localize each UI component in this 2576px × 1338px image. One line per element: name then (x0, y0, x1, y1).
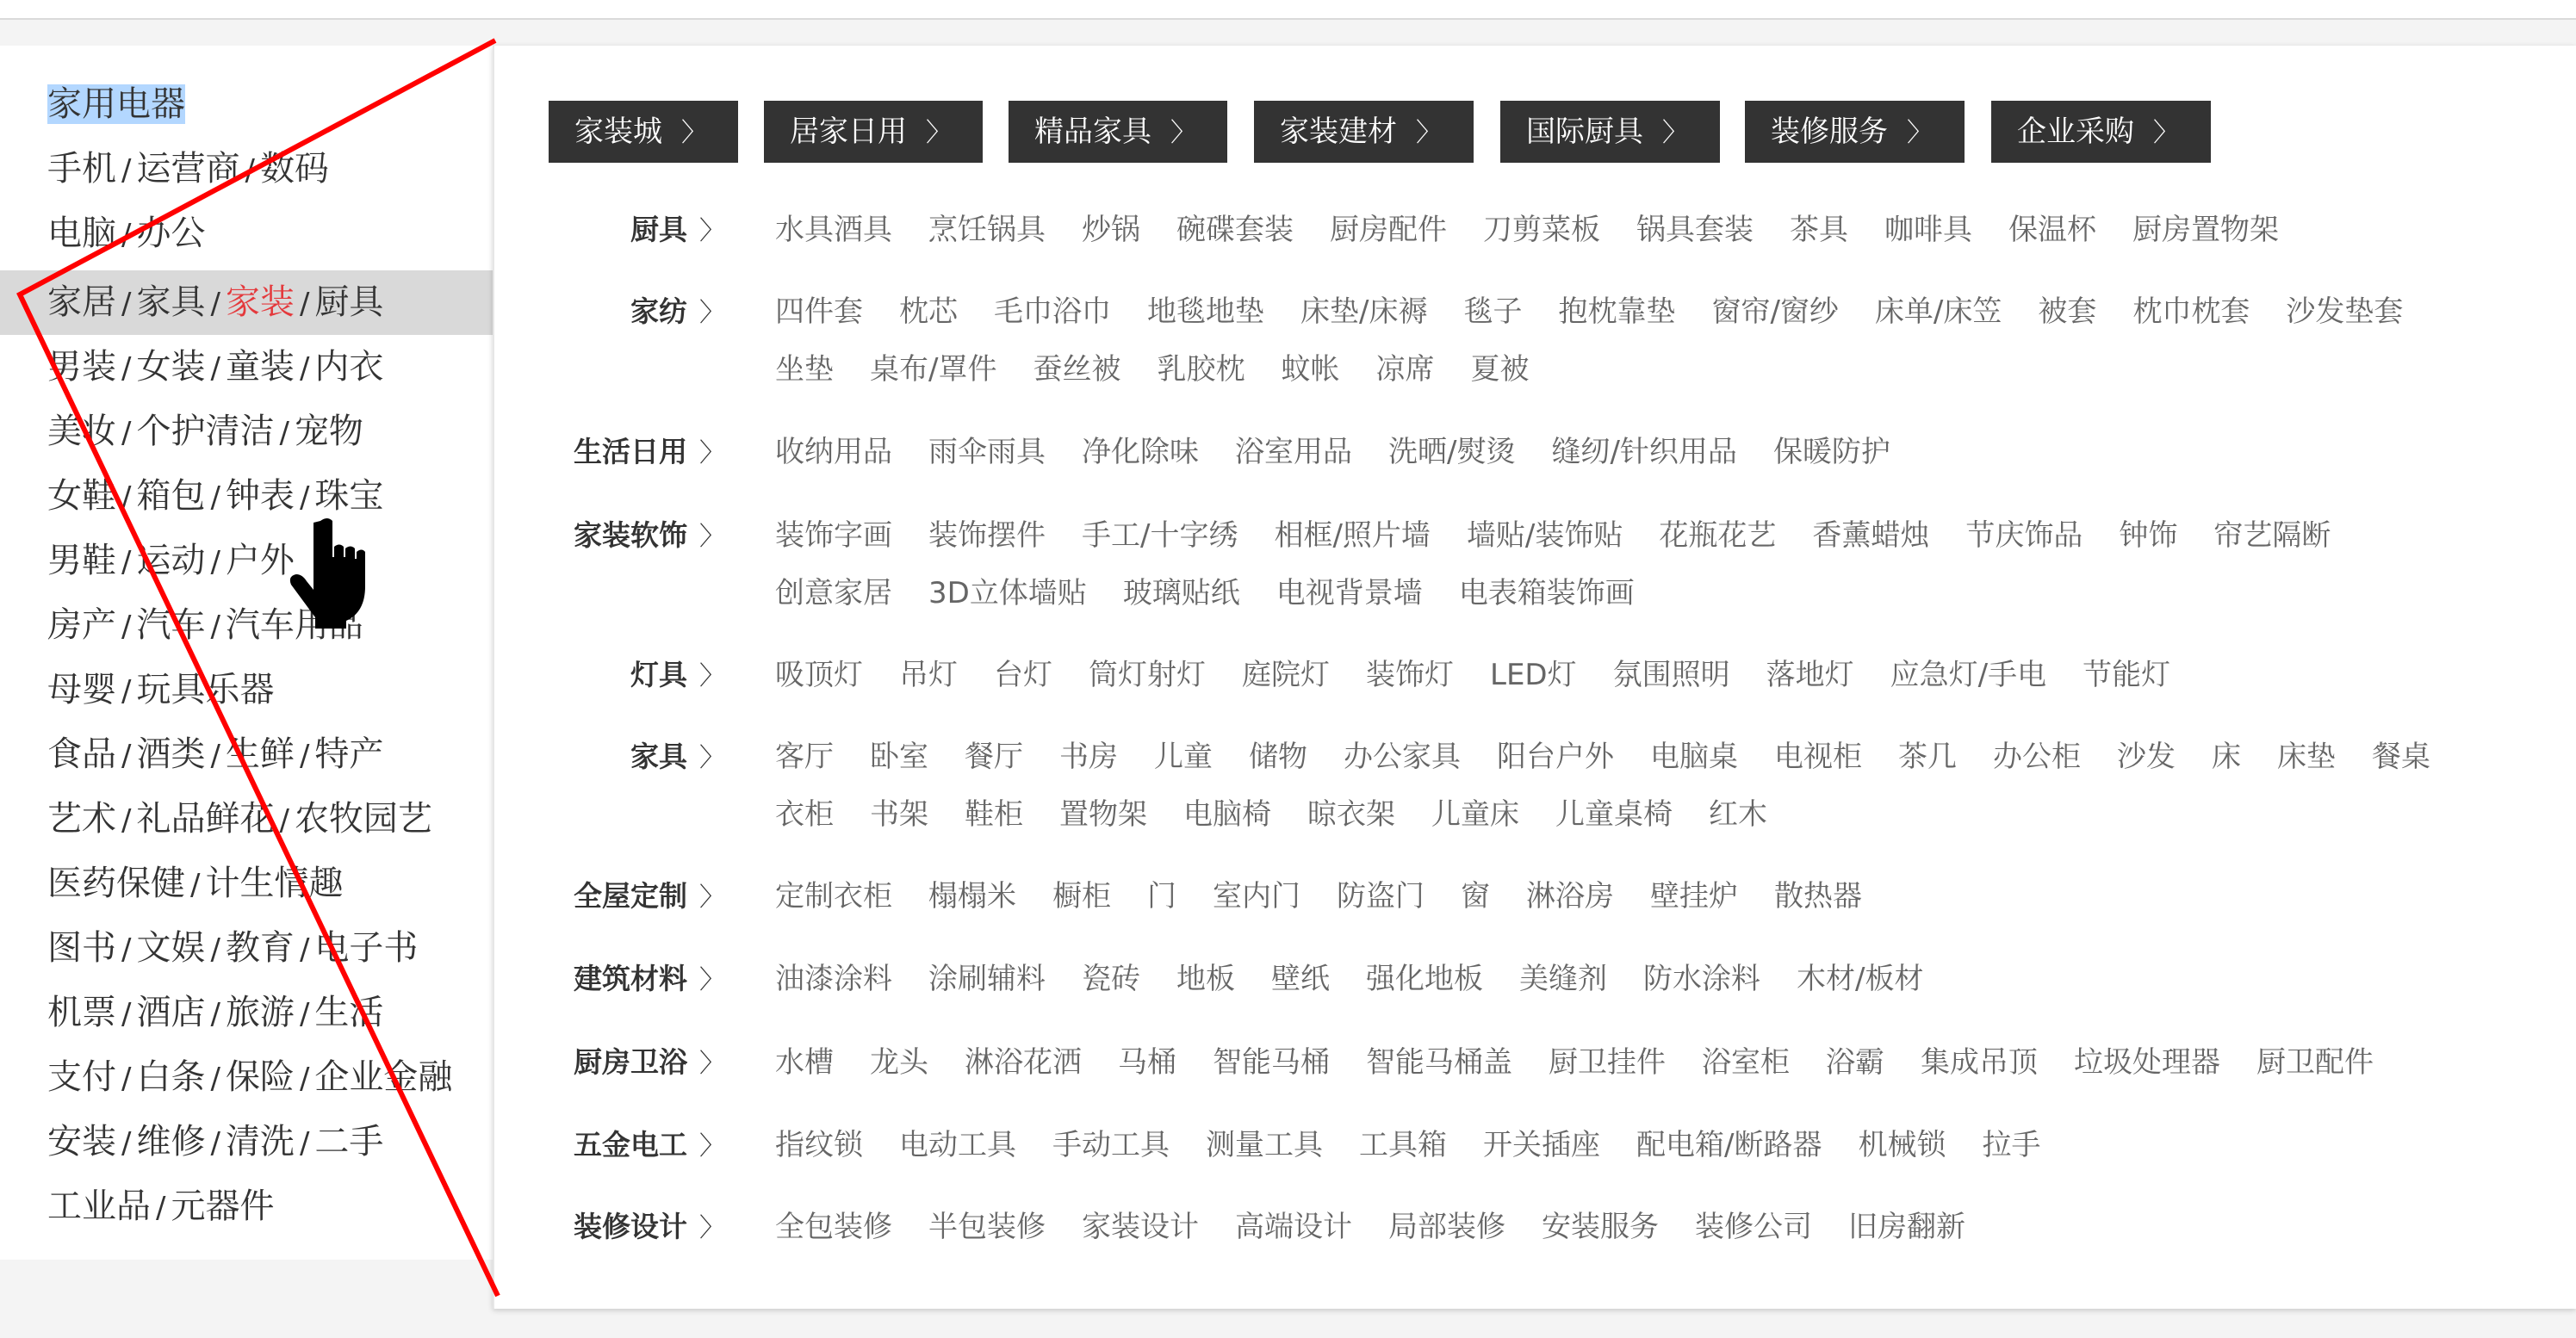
sidebar-link[interactable]: 元器件 (171, 1186, 274, 1226)
sidebar-link[interactable]: 家用电器 (47, 84, 185, 124)
chevron-right-icon: 〉 (699, 883, 725, 913)
separator: / (116, 1062, 136, 1096)
sidebar-link[interactable]: 计生情趣 (205, 864, 343, 903)
chevron-right-icon: 〉 (699, 1049, 725, 1079)
separator: / (185, 868, 205, 902)
subcategory-link[interactable]: 客厅 (775, 740, 834, 774)
sidebar-link[interactable]: 家居 (47, 282, 116, 322)
subcategory-link[interactable]: 红木 (1709, 797, 1767, 832)
subcategory-link[interactable]: 台灯 (994, 658, 1052, 692)
separator: / (295, 1126, 314, 1161)
category-label[interactable]: 生活日用〉 (494, 424, 725, 480)
subcategory-link[interactable]: 电脑桌 (1650, 740, 1738, 774)
sidebar-link[interactable]: 户外 (226, 541, 295, 580)
subcategory-link[interactable]: 烹饪锅具 (928, 213, 1046, 247)
category-label[interactable]: 厨具〉 (494, 201, 725, 258)
sidebar-link[interactable]: 箱包 (136, 476, 205, 516)
sidebar-link[interactable]: 运营商 (136, 149, 239, 189)
separator: / (295, 1062, 314, 1096)
subcategory-link[interactable]: 应急灯/手电 (1890, 658, 2046, 692)
category-label[interactable]: 灯具〉 (494, 647, 725, 703)
subcategory-link[interactable]: 油漆涂料 (775, 962, 892, 996)
subcategory-link[interactable]: 电表箱装饰画 (1459, 576, 1635, 610)
subcategory-link[interactable]: 开关插座 (1483, 1128, 1600, 1162)
sidebar-item[interactable]: 食品/酒类/生鲜/特产 (0, 722, 493, 787)
separator: / (295, 739, 314, 773)
sidebar-item[interactable]: 男鞋/运动/户外 (0, 529, 493, 593)
sidebar-link[interactable]: 数码 (260, 149, 329, 189)
subcategory-link[interactable]: 电视柜 (1774, 740, 1862, 774)
subcategory-link[interactable]: 室内门 (1213, 879, 1300, 914)
category-label-text: 灯具 (630, 658, 687, 691)
sidebar-link[interactable]: 旅游 (226, 993, 295, 1032)
subcategory-link[interactable]: 氛围照明 (1613, 658, 1730, 692)
separator: / (295, 287, 314, 321)
subcategory-link[interactable]: 手动工具 (1052, 1128, 1170, 1162)
subcategory-link[interactable]: 美缝剂 (1519, 962, 1607, 996)
subcategory-link[interactable]: 置物架 (1059, 797, 1147, 832)
sidebar-link[interactable]: 钟表 (226, 476, 295, 516)
subcategory-link[interactable]: 枕芯 (899, 294, 958, 329)
category-label[interactable]: 家装软饰〉 (494, 507, 725, 564)
sidebar-item[interactable]: 电脑/办公 (0, 201, 493, 266)
subcategory-link[interactable]: 壁挂炉 (1650, 879, 1738, 914)
subcategory-link[interactable]: 半包装修 (928, 1210, 1046, 1244)
chevron-right-icon: 〉 (926, 118, 952, 148)
separator: / (295, 351, 314, 386)
sidebar-item[interactable]: 艺术/礼品鲜花/农牧园艺 (0, 787, 493, 852)
subcategory-link[interactable]: 儿童 (1154, 740, 1213, 774)
sidebar-link[interactable]: 艺术 (47, 799, 116, 839)
sidebar-link[interactable]: 特产 (314, 734, 383, 774)
separator: / (205, 739, 225, 773)
sidebar-link[interactable]: 酒店 (136, 993, 205, 1032)
sidebar-link[interactable]: 医药保健 (47, 864, 185, 903)
chevron-right-icon: 〉 (1170, 118, 1196, 148)
subcategory-link[interactable]: 床垫 (2277, 740, 2336, 774)
subcategory-link[interactable]: 储物 (1249, 740, 1307, 774)
sidebar-item[interactable]: 手机/运营商/数码 (0, 137, 493, 201)
sidebar-item[interactable]: 房产/汽车/汽车用品 (0, 593, 493, 658)
subcategory-link[interactable]: 床单/床笠 (1875, 294, 2002, 329)
sidebar-item[interactable]: 支付/白条/保险/企业金融 (0, 1045, 493, 1110)
category-label-text: 五金电工 (574, 1128, 687, 1161)
subcategory-link[interactable]: 水具酒具 (775, 213, 892, 247)
subcategory-link[interactable]: 保温杯 (2008, 213, 2096, 247)
subcategory-link[interactable]: 落地灯 (1766, 658, 1854, 692)
category-label[interactable]: 全屋定制〉 (494, 868, 725, 925)
category-label[interactable]: 家纺〉 (494, 283, 725, 340)
sidebar-link[interactable]: 个护清洁 (136, 412, 274, 451)
subcategory-link[interactable]: 炒锅 (1082, 213, 1140, 247)
sidebar-link[interactable]: 手机 (47, 149, 116, 189)
category-label-text: 装修设计 (574, 1210, 687, 1243)
category-label[interactable]: 厨房卫浴〉 (494, 1034, 725, 1091)
chevron-right-icon: 〉 (1416, 118, 1442, 148)
channel-label: 家装城 (574, 115, 662, 149)
subcategory-link[interactable]: 厨卫挂件 (1549, 1045, 1666, 1080)
separator: / (274, 416, 294, 450)
subcategory-link[interactable]: 四件套 (775, 294, 863, 329)
category-label-text: 厨房卫浴 (574, 1045, 687, 1079)
subcategory-link[interactable]: 毛巾浴巾 (994, 294, 1111, 329)
chevron-right-icon: 〉 (699, 1213, 725, 1243)
separator: / (205, 1126, 225, 1161)
separator: / (116, 674, 136, 709)
sidebar-item[interactable]: 家用电器 (0, 72, 493, 137)
subcategory-link[interactable]: 门 (1147, 879, 1176, 914)
subcategory-link[interactable]: 墙贴/装饰贴 (1467, 518, 1623, 553)
subcategory-link[interactable]: 帘艺隔断 (2213, 518, 2331, 553)
sidebar-link[interactable]: 男鞋 (47, 541, 116, 580)
subcategory-link[interactable]: 蚊帐 (1281, 352, 1339, 387)
subcategory-link[interactable]: 智能马桶 (1213, 1045, 1330, 1080)
separator: / (295, 480, 314, 515)
sidebar-link[interactable]: 美妆 (47, 412, 116, 451)
subcategory-link[interactable]: 拉手 (1982, 1128, 2040, 1162)
sidebar-item[interactable]: 工业品/元器件 (0, 1174, 493, 1239)
sidebar-item[interactable]: 家居/家具/家装/厨具 (0, 270, 493, 335)
subcategory-link[interactable]: 吸顶灯 (775, 658, 863, 692)
subcategory-link[interactable]: 保暖防护 (1773, 435, 1890, 469)
subcategory-link[interactable]: 工具箱 (1359, 1128, 1447, 1162)
sidebar-link[interactable]: 安装 (47, 1122, 116, 1161)
subcategory-link[interactable]: 3D立体墙贴 (928, 576, 1087, 610)
category-label-text: 厨具 (630, 213, 687, 246)
subcategory-link[interactable]: 办公柜 (1993, 740, 2081, 774)
subcategory-link[interactable]: 餐桌 (2372, 740, 2430, 774)
sidebar-link[interactable]: 电子书 (314, 928, 418, 968)
category-sidebar: 家用电器手机/运营商/数码电脑/办公家居/家具/家装/厨具男装/女装/童装/内衣… (0, 46, 493, 1260)
subcategory-link[interactable]: 雨伞雨具 (928, 435, 1046, 469)
separator: / (295, 997, 314, 1031)
category-label[interactable]: 家具〉 (494, 728, 725, 785)
subcategory-link[interactable]: 钟饰 (2119, 518, 2177, 553)
subcategory-link[interactable]: 浴室柜 (1702, 1045, 1790, 1080)
subcategory-link[interactable]: 厨房配件 (1330, 213, 1447, 247)
subcategory-link[interactable]: 儿童床 (1431, 797, 1519, 832)
channel-label: 家装建材 (1280, 115, 1397, 149)
sidebar-link[interactable]: 女鞋 (47, 476, 116, 516)
subcategory-link[interactable]: 垃圾处理器 (2074, 1045, 2220, 1080)
sidebar-link[interactable]: 酒类 (136, 734, 205, 774)
subcategory-link[interactable]: 龙头 (870, 1045, 928, 1080)
sidebar-link[interactable]: 保险 (226, 1057, 295, 1097)
sidebar-link[interactable]: 白条 (136, 1057, 205, 1097)
chevron-right-icon: 〉 (699, 298, 725, 328)
chevron-right-icon: 〉 (699, 965, 725, 995)
subcategory-link[interactable]: 旧房翻新 (1848, 1210, 1965, 1244)
subcategory-link[interactable]: 办公家具 (1344, 740, 1461, 774)
subcategory-link[interactable]: 厨卫配件 (2256, 1045, 2374, 1080)
subcategory-link[interactable]: 毯子 (1463, 294, 1522, 329)
subcategory-link[interactable]: 厨房置物架 (2132, 213, 2279, 247)
subcategory-link[interactable]: 坐垫 (775, 352, 834, 387)
subcategory-link[interactable]: 装饰摆件 (928, 518, 1046, 553)
sidebar-link[interactable]: 办公 (136, 214, 205, 253)
separator: / (116, 932, 136, 967)
sidebar-link[interactable]: 图书 (47, 928, 116, 968)
sidebar-link[interactable]: 内衣 (314, 347, 383, 387)
channel-button[interactable]: 精品家具〉 (1009, 101, 1227, 163)
subcategory-link[interactable]: 节庆饰品 (1965, 518, 2083, 553)
subcategory-link[interactable]: 筒灯射灯 (1089, 658, 1206, 692)
sidebar-link[interactable]: 教育 (226, 928, 295, 968)
sidebar-item[interactable]: 图书/文娱/教育/电子书 (0, 916, 493, 981)
subcategory-link[interactable]: 地毯地垫 (1147, 294, 1264, 329)
subcategory-link[interactable]: 儿童桌椅 (1555, 797, 1673, 832)
category-label-text: 建筑材料 (574, 962, 687, 995)
subcategory-link[interactable]: 玻璃贴纸 (1123, 576, 1240, 610)
subcategory-link[interactable]: 刀剪菜板 (1483, 213, 1600, 247)
subcategory-link[interactable]: 锅具套装 (1636, 213, 1754, 247)
subcategory-link[interactable]: 香薰蜡烛 (1812, 518, 1929, 553)
channel-button[interactable]: 居家日用〉 (764, 101, 983, 163)
subcategory-link[interactable]: 夏被 (1470, 352, 1529, 387)
channel-label: 居家日用 (790, 115, 907, 149)
sidebar-link[interactable]: 家具 (136, 282, 205, 322)
subcategory-link[interactable]: 缝纫/针织用品 (1551, 435, 1736, 469)
sidebar-link[interactable]: 企业金融 (314, 1057, 452, 1097)
sidebar-link[interactable]: 清洗 (226, 1122, 295, 1161)
sidebar-link[interactable]: 二手 (314, 1122, 383, 1161)
channel-button[interactable]: 装修服务〉 (1745, 101, 1965, 163)
separator: / (116, 803, 136, 838)
subcategory-link[interactable]: 水槽 (775, 1045, 834, 1080)
subcategory-link[interactable]: 鞋柜 (965, 797, 1023, 832)
subcategory-link[interactable]: 凉席 (1375, 352, 1434, 387)
sidebar-item[interactable]: 机票/酒店/旅游/生活 (0, 981, 493, 1045)
subcategory-link[interactable]: 榻榻米 (928, 879, 1016, 914)
subcategory-link[interactable]: 浴霸 (1826, 1045, 1884, 1080)
subcategory-link[interactable]: 电动工具 (899, 1128, 1016, 1162)
sidebar-link[interactable]: 男装 (47, 347, 116, 387)
subcategory-link[interactable]: 桌布/罩件 (870, 352, 996, 387)
subcategory-link[interactable]: 吊灯 (899, 658, 958, 692)
separator: / (116, 739, 136, 773)
sidebar-link[interactable]: 支付 (47, 1057, 116, 1097)
separator: / (116, 416, 136, 450)
category-label[interactable]: 五金电工〉 (494, 1117, 725, 1174)
sidebar-link[interactable]: 礼品鲜花 (136, 799, 274, 839)
category-label[interactable]: 建筑材料〉 (494, 951, 725, 1007)
subcategory-link[interactable]: 碗碟套装 (1176, 213, 1294, 247)
sidebar-link[interactable]: 厨具 (314, 282, 383, 322)
subcategory-link[interactable]: 乳胶枕 (1157, 352, 1245, 387)
subcategory-link[interactable]: 相框/照片墙 (1274, 518, 1430, 553)
subcategory-link[interactable]: 收纳用品 (775, 435, 892, 469)
subcategory-link[interactable]: 餐厅 (965, 740, 1023, 774)
separator: / (116, 997, 136, 1031)
subcategory-link[interactable]: 窗 (1461, 879, 1490, 914)
subcategory-link[interactable]: 瓷砖 (1082, 962, 1140, 996)
subcategory-link[interactable]: 木材/板材 (1797, 962, 1923, 996)
channel-label: 精品家具 (1034, 115, 1151, 149)
sidebar-link[interactable]: 工业品 (47, 1186, 151, 1226)
subcategory-link[interactable]: 茶几 (1898, 740, 1957, 774)
sidebar-link[interactable]: 生活 (314, 993, 383, 1032)
separator: / (205, 351, 225, 386)
channel-button[interactable]: 企业采购〉 (1991, 101, 2211, 163)
separator: / (151, 1191, 171, 1225)
sidebar-link[interactable]: 运动 (136, 541, 205, 580)
subcategory-link[interactable]: 枕巾枕套 (2132, 294, 2250, 329)
channel-button[interactable]: 家装城〉 (549, 101, 738, 163)
sidebar-link[interactable]: 农牧园艺 (295, 799, 432, 839)
subcategory-link[interactable]: 散热器 (1774, 879, 1862, 914)
subcategory-link[interactable]: 指纹锁 (775, 1128, 863, 1162)
subcategory-link[interactable]: 测量工具 (1206, 1128, 1323, 1162)
subcategory-link[interactable]: 花瓶花艺 (1659, 518, 1776, 553)
sidebar-link[interactable]: 房产 (47, 605, 116, 645)
subcategory-link[interactable]: 装饰字画 (775, 518, 892, 553)
subcategory-link[interactable]: 局部装修 (1388, 1210, 1505, 1244)
subcategory-link[interactable]: 床垫/床褥 (1300, 294, 1427, 329)
chevron-right-icon: 〉 (699, 1131, 725, 1161)
subcategory-link[interactable]: 智能马桶盖 (1366, 1045, 1512, 1080)
sidebar-link[interactable]: 生鲜 (226, 734, 295, 774)
sidebar-link[interactable]: 维修 (136, 1122, 205, 1161)
sidebar-item[interactable]: 医药保健/计生情趣 (0, 852, 493, 916)
subcategory-link[interactable]: 全包装修 (775, 1210, 892, 1244)
separator: / (205, 480, 225, 515)
chevron-right-icon: 〉 (2153, 118, 2179, 148)
sidebar-link[interactable]: 玩具乐器 (136, 670, 274, 709)
sidebar-link[interactable]: 珠宝 (314, 476, 383, 516)
sidebar-link[interactable]: 母婴 (47, 670, 116, 709)
separator: / (205, 1062, 225, 1096)
subcategory-link[interactable]: 窗帘/窗纱 (1711, 294, 1838, 329)
subcategory-link[interactable]: 橱柜 (1052, 879, 1111, 914)
subcategory-link[interactable]: 书房 (1059, 740, 1118, 774)
category-flyout-panel: 家装城〉居家日用〉精品家具〉家装建材〉国际厨具〉装修服务〉企业采购〉 厨具〉水具… (493, 46, 2576, 1309)
subcategory-link[interactable]: 咖啡具 (1884, 213, 1972, 247)
subcategory-link[interactable]: 节能灯 (2083, 658, 2170, 692)
separator: / (239, 153, 259, 188)
chevron-right-icon: 〉 (1662, 118, 1688, 148)
subcategory-link[interactable]: 庭院灯 (1242, 658, 1330, 692)
sidebar-link[interactable]: 电脑 (47, 214, 116, 253)
sidebar-link[interactable]: 食品 (47, 734, 116, 774)
channel-button[interactable]: 国际厨具〉 (1500, 101, 1720, 163)
subcategory-link[interactable]: 壁纸 (1271, 962, 1330, 996)
subcategory-link[interactable]: 净化除味 (1082, 435, 1199, 469)
channel-label: 国际厨具 (1526, 115, 1643, 149)
chevron-right-icon: 〉 (699, 743, 725, 773)
subcategory-link[interactable]: 装饰灯 (1366, 658, 1454, 692)
subcategory-link[interactable]: 淋浴房 (1526, 879, 1614, 914)
subcategory-link[interactable]: 淋浴花洒 (965, 1045, 1082, 1080)
category-label-text: 家具 (630, 740, 687, 773)
separator: / (295, 932, 314, 967)
subcategory-link[interactable]: LED灯 (1490, 658, 1577, 692)
sidebar-item[interactable]: 美妆/个护清洁/宠物 (0, 400, 493, 464)
sidebar-link[interactable]: 机票 (47, 993, 116, 1032)
subcategory-link[interactable]: 书架 (870, 797, 928, 832)
subcategory-link[interactable]: 沙发 (2117, 740, 2176, 774)
subcategory-link[interactable]: 衣柜 (775, 797, 834, 832)
sidebar-link[interactable]: 童装 (226, 347, 295, 387)
sidebar-item[interactable]: 母婴/玩具乐器 (0, 658, 493, 722)
separator: / (274, 803, 294, 838)
subcategory-link[interactable]: 创意家居 (775, 576, 892, 610)
subcategory-link[interactable]: 浴室用品 (1235, 435, 1352, 469)
subcategory-link[interactable]: 家装设计 (1082, 1210, 1199, 1244)
subcategory-link[interactable]: 手工/十字绣 (1082, 518, 1238, 553)
sidebar-link[interactable]: 家装 (226, 282, 295, 322)
channel-button[interactable]: 家装建材〉 (1254, 101, 1474, 163)
subcategory-link[interactable]: 配电箱/断路器 (1636, 1128, 1822, 1162)
category-label-text: 生活日用 (574, 435, 687, 468)
subcategory-link[interactable]: 床 (2212, 740, 2241, 774)
separator: / (205, 932, 225, 967)
subcategory-link[interactable]: 地板 (1176, 962, 1235, 996)
category-label-text: 全屋定制 (574, 879, 687, 913)
separator: / (205, 997, 225, 1031)
separator: / (205, 545, 225, 579)
subcategory-link[interactable]: 阳台户外 (1497, 740, 1614, 774)
subcategory-link[interactable]: 电视背景墙 (1276, 576, 1423, 610)
subcategory-link[interactable]: 电脑椅 (1183, 797, 1271, 832)
subcategory-link[interactable]: 强化地板 (1366, 962, 1483, 996)
sidebar-link[interactable]: 文娱 (136, 928, 205, 968)
chevron-right-icon: 〉 (699, 661, 725, 691)
subcategory-link[interactable]: 高端设计 (1235, 1210, 1352, 1244)
channel-label: 装修服务 (1771, 115, 1888, 149)
chevron-right-icon: 〉 (1907, 118, 1933, 148)
subcategory-link[interactable]: 茶具 (1790, 213, 1848, 247)
separator: / (205, 610, 225, 644)
chevron-right-icon: 〉 (699, 522, 725, 552)
separator: / (116, 610, 136, 644)
separator: / (116, 545, 136, 579)
sidebar-link[interactable]: 宠物 (295, 412, 363, 451)
sidebar-item[interactable]: 女鞋/箱包/钟表/珠宝 (0, 464, 493, 529)
subcategory-link[interactable]: 集成吊顶 (1921, 1045, 2038, 1080)
subcategory-link[interactable]: 涂刷辅料 (928, 962, 1046, 996)
chevron-right-icon: 〉 (699, 438, 725, 468)
subcategory-link[interactable]: 蚕丝被 (1033, 352, 1120, 387)
separator: / (116, 1126, 136, 1161)
subcategory-link[interactable]: 装修公司 (1695, 1210, 1812, 1244)
subcategory-link[interactable]: 安装服务 (1542, 1210, 1659, 1244)
subcategory-link[interactable]: 抱枕靠垫 (1558, 294, 1675, 329)
separator: / (205, 287, 225, 321)
subcategory-link[interactable]: 卧室 (870, 740, 928, 774)
subcategory-link[interactable]: 被套 (2038, 294, 2096, 329)
chevron-right-icon: 〉 (681, 118, 707, 148)
subcategory-link[interactable]: 防盗门 (1337, 879, 1425, 914)
top-bar (0, 0, 2576, 20)
subcategory-link[interactable]: 机械锁 (1858, 1128, 1946, 1162)
subcategory-link[interactable]: 沙发垫套 (2286, 294, 2403, 329)
separator: / (116, 480, 136, 515)
sidebar-item[interactable]: 安装/维修/清洗/二手 (0, 1110, 493, 1174)
subcategory-link[interactable]: 定制衣柜 (775, 879, 892, 914)
separator: / (116, 351, 136, 386)
separator: / (116, 287, 136, 321)
sidebar-link[interactable]: 汽车 (136, 605, 205, 645)
subcategory-link[interactable]: 晾衣架 (1307, 797, 1395, 832)
category-label[interactable]: 装修设计〉 (494, 1199, 725, 1255)
sidebar-link[interactable]: 女装 (136, 347, 205, 387)
subcategory-link[interactable]: 洗晒/熨烫 (1388, 435, 1515, 469)
subcategory-link[interactable]: 防水涂料 (1643, 962, 1760, 996)
separator: / (116, 153, 136, 188)
hand-pointer-cursor-icon (289, 517, 383, 629)
sidebar-item[interactable]: 男装/女装/童装/内衣 (0, 335, 493, 400)
subcategory-link[interactable]: 马桶 (1118, 1045, 1176, 1080)
